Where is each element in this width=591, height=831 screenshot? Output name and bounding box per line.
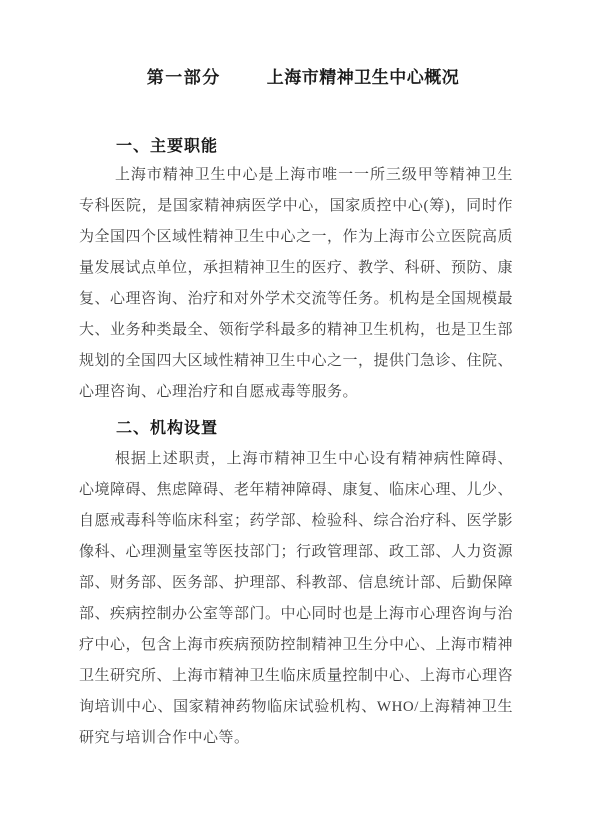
paragraph-main-functions: 上海市精神卫生中心是上海市唯一一所三级甲等精神卫生专科医院，是国家精神病医学中心… — [79, 160, 513, 408]
paragraph-organization: 根据上述职责，上海市精神卫生中心设有精神病性障碍、心境障碍、焦虑障碍、老年精神障… — [79, 444, 513, 754]
document-title: 第一部分 上海市精神卫生中心概况 — [79, 66, 513, 90]
document-title-name: 上海市精神卫生中心概况 — [267, 66, 460, 90]
document-title-part: 第一部分 — [147, 66, 221, 90]
section-organization: 二、机构设置 根据上述职责，上海市精神卫生中心设有精神病性障碍、心境障碍、焦虑障… — [79, 418, 513, 754]
section-heading-main-functions: 一、主要职能 — [79, 136, 513, 156]
document-page: 第一部分 上海市精神卫生中心概况 一、主要职能 上海市精神卫生中心是上海市唯一一… — [0, 0, 591, 831]
section-main-functions: 一、主要职能 上海市精神卫生中心是上海市唯一一所三级甲等精神卫生专科医院，是国家… — [79, 136, 513, 408]
section-heading-organization: 二、机构设置 — [79, 418, 513, 438]
